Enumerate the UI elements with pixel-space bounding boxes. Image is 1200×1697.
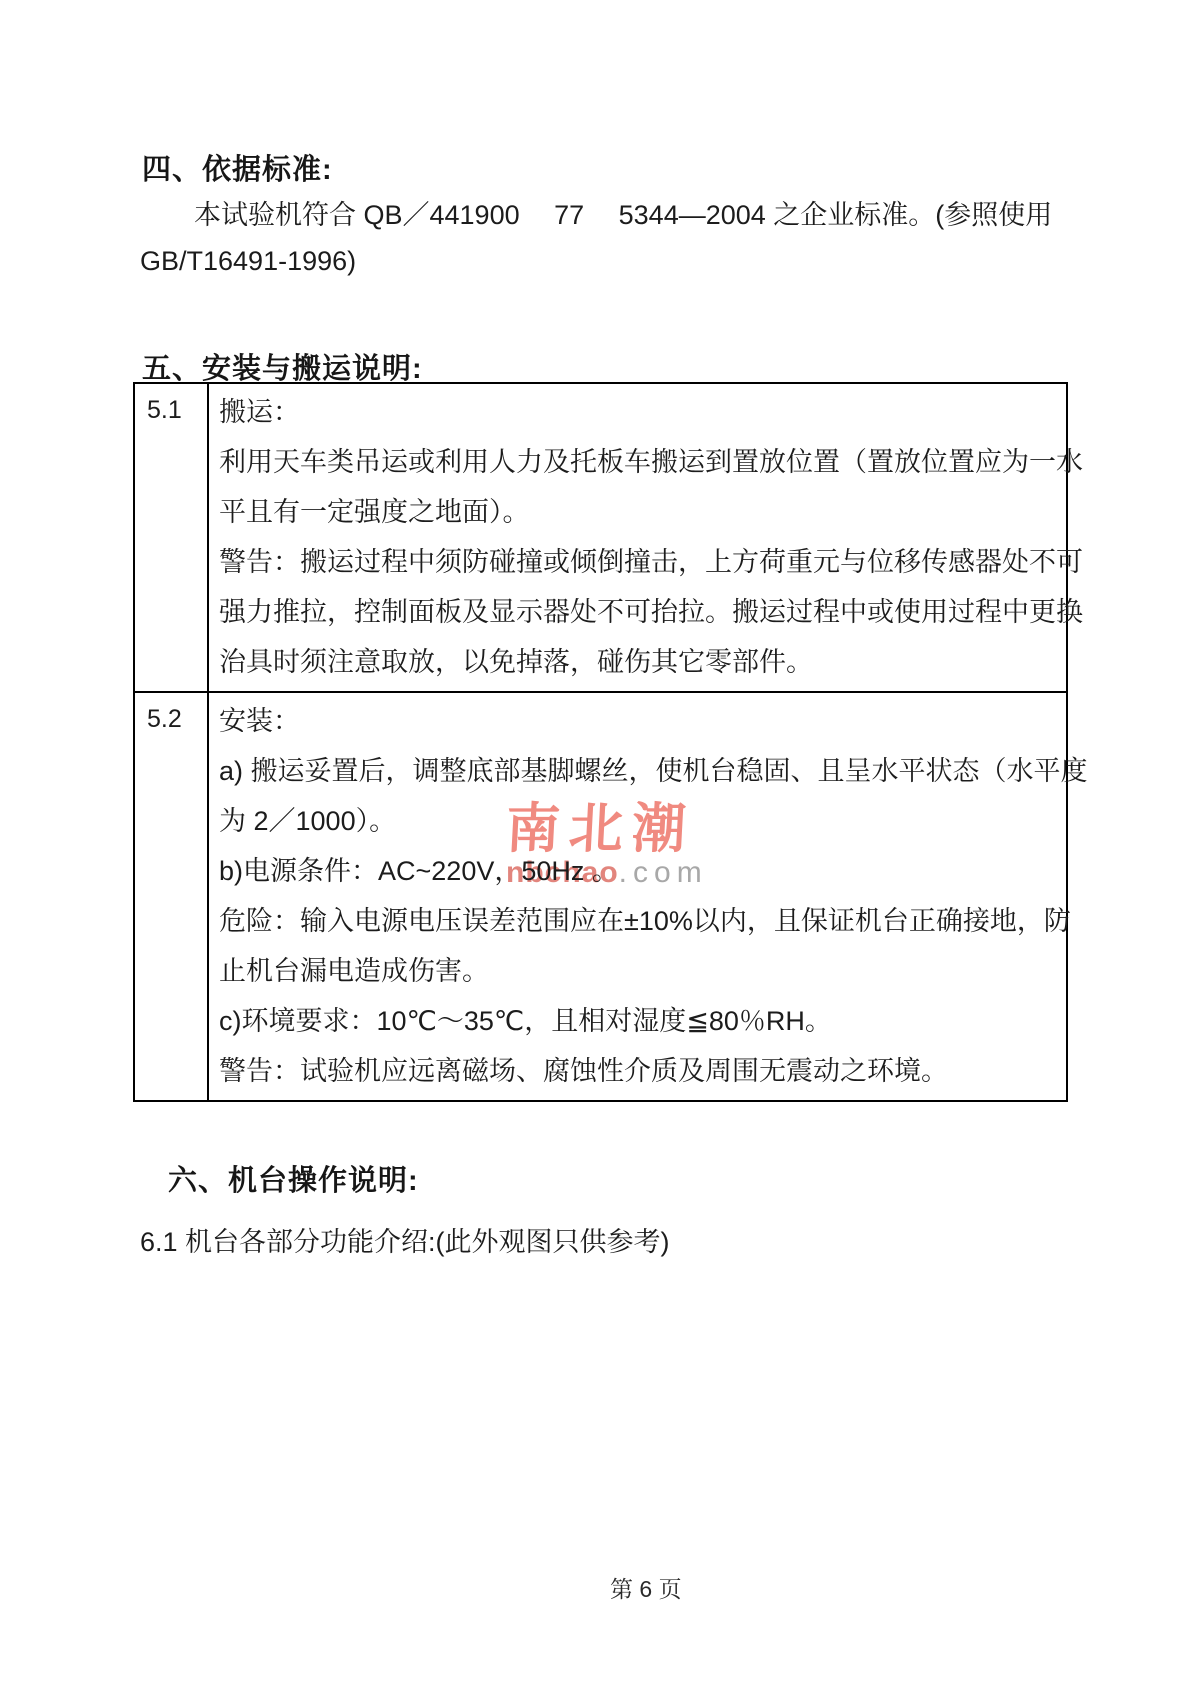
row-number: 5.1: [135, 384, 209, 691]
section4-paragraph-line1: 本试验机符合 QB／441900 77 5344—2004 之企业标准。(参照使…: [194, 193, 1052, 232]
table-row-5-2: 5.2 安装： a) 搬运妥置后，调整底部基脚螺丝，使机台稳固、且呈水平状态（水…: [135, 693, 1066, 1100]
table-text-line: c)环境要求：10℃～35℃，且相对湿度≦80％RH。: [219, 996, 1088, 1046]
row-content: 安装： a) 搬运妥置后，调整底部基脚螺丝，使机台稳固、且呈水平状态（水平度 为…: [209, 693, 1096, 1100]
table-text-line: 搬运：: [219, 387, 1083, 437]
row-content: 搬运： 利用天车类吊运或利用人力及托板车搬运到置放位置（置放位置应为一水 平且有…: [209, 384, 1091, 691]
page-number: 第 6 页: [610, 1571, 682, 1604]
installation-table: 5.1 搬运： 利用天车类吊运或利用人力及托板车搬运到置放位置（置放位置应为一水…: [133, 382, 1068, 1102]
section4-paragraph-line2: GB/T16491-1996): [140, 246, 356, 277]
section6-item-line: 6.1 机台各部分功能介绍:(此外观图只供参考): [140, 1220, 670, 1259]
table-text-line: 警告：搬运过程中须防碰撞或倾倒撞击，上方荷重元与位移传感器处不可: [219, 537, 1083, 587]
table-text-line: 利用天车类吊运或利用人力及托板车搬运到置放位置（置放位置应为一水: [219, 437, 1083, 487]
table-text-line: 危险：输入电源电压误差范围应在±10%以内，且保证机台正确接地，防: [219, 896, 1088, 946]
table-text-line: 警告：试验机应远离磁场、腐蚀性介质及周围无震动之环境。: [219, 1046, 1088, 1096]
section6-heading: 六、机台操作说明:: [168, 1158, 419, 1199]
table-text-line: 为 2／1000）。: [219, 796, 1088, 846]
section4-heading: 四、依据标准:: [142, 147, 333, 188]
table-text-line: b)电源条件：AC~220V，50Hz 。: [219, 846, 1088, 896]
table-text-line: a) 搬运妥置后，调整底部基脚螺丝，使机台稳固、且呈水平状态（水平度: [219, 746, 1088, 796]
table-text-line: 安装：: [219, 696, 1088, 746]
table-row-5-1: 5.1 搬运： 利用天车类吊运或利用人力及托板车搬运到置放位置（置放位置应为一水…: [135, 384, 1066, 693]
table-text-line: 平且有一定强度之地面）。: [219, 487, 1083, 537]
table-text-line: 止机台漏电造成伤害。: [219, 946, 1088, 996]
table-text-line: 强力推拉，控制面板及显示器处不可抬拉。搬运过程中或使用过程中更换: [219, 587, 1083, 637]
section5-heading: 五、安装与搬运说明:: [142, 346, 423, 387]
document-page: 南北潮 nbchao.com 四、依据标准: 本试验机符合 QB／441900 …: [0, 0, 1200, 1697]
table-text-line: 治具时须注意取放，以免掉落，碰伤其它零部件。: [219, 637, 1083, 687]
row-number: 5.2: [135, 693, 209, 1100]
